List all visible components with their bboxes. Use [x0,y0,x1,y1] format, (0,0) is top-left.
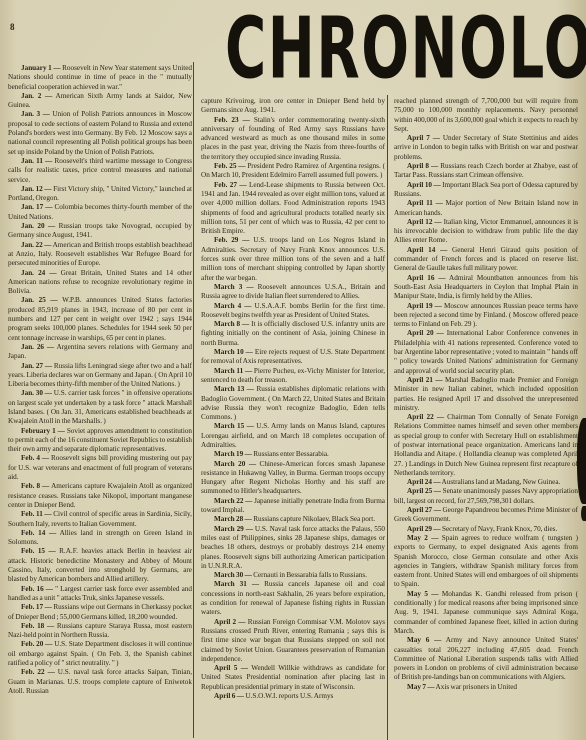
chronology-entry: March 4 — U.S.A.A.F. bombs Berlin for th… [201,302,385,321]
entry-text: Secretary of Navy, Frank Knox, 70, dies. [442,525,557,533]
chronology-title-text: CHRONOLOG [225,7,586,91]
chronology-entry: Feb. 23 — Stalin's order commemorating t… [201,116,385,162]
entry-date: May 5 — [407,590,438,598]
column-divider-left [193,62,194,738]
column-right: reached planned strength of 7,700,000 bu… [394,97,578,739]
entry-text: Russians capture Nikolaev, Black Sea por… [253,515,375,523]
chronology-entry: Feb. 29 — U.S. troops land on Los Negros… [201,236,385,282]
chronology-entry: Feb. 18 — Russians capture Staraya Russa… [8,622,192,641]
chronology-entry: April 7 — Under Secretary of State Stett… [394,134,578,162]
chronology-entry: March 8 — It is officially disclosed U.S… [201,320,385,348]
entry-date: Feb. 16 — [21,585,53,593]
chronology-title-banner: CHRONOLOG [223,0,586,96]
entry-date: Jan. 17 — [21,203,52,211]
entry-date: March 28 — [214,515,252,523]
chronology-entry: Jan. 20 — Russian troops take Novograd, … [8,222,192,241]
entry-date: March 29 — [214,525,253,533]
entry-text: Chairman Tom Connally of Senate Foreign … [394,413,578,477]
entry-date: Jan. 30 — [21,389,52,397]
continued-paragraph: capture Krivoirog, iron ore center in Dn… [201,97,385,116]
chronology-entry: March 29 — U.S. Naval task force attacks… [201,525,385,571]
entry-date: Feb. 25 — [214,162,245,170]
entry-date: Jan. 22 — [21,241,51,249]
entry-date: April 5 — [214,664,248,672]
chronology-entry: May 6 — Army and Navy announce United St… [394,636,578,682]
chronology-entry: Jan. 12 — First Victory ship, " United V… [8,185,192,204]
entry-date: April 10 — [407,181,441,189]
continued-paragraph: reached planned strength of 7,700,000 bu… [394,97,578,134]
chronology-entry: March 3 — Roosevelt announces U.S.A., Br… [201,283,385,302]
chronology-entry: April 29 — Secretary of Navy, Frank Knox… [394,525,578,534]
entry-date: April 25 — [407,487,441,495]
chronology-entry: Jan. 22 — American and British troops es… [8,241,192,269]
chronology-entry: March 15 — U.S. Army lands on Manus Isla… [201,422,385,450]
chronology-entry: Jan. 26 — Argentina severs relations wit… [8,343,192,362]
entry-date: April 27 — [407,506,441,514]
entry-date: Feb. 29 — [214,236,249,244]
chronology-entry: March 31 — Russia cancels Japanese oil a… [201,580,385,617]
entry-date: Feb. 23 — [214,116,250,124]
chronology-entry: April 25 — Senate unanimously passes Nav… [394,487,578,506]
entry-text: Axis war prisoners in United [436,683,517,691]
entry-date: Feb. 14 — [21,529,56,537]
entry-date: April 6 — [214,692,244,700]
chronology-entry: Feb. 14 — Allies land in strength on Gre… [8,529,192,548]
entry-date: March 4 — [214,302,251,310]
chronology-entry: May 7 — Axis war prisoners in United [394,683,578,692]
entry-date: Feb. 4 — [21,454,49,462]
entry-date: May 2 — [407,534,438,542]
entry-date: March 31 — [214,580,259,588]
chronology-entry: Feb. 27 — Lend-Lease shipments to Russia… [201,181,385,237]
chronology-entry: April 16 — Admiral Mountbatten announces… [394,274,578,302]
column-left-entries: January 1 — Roosevelt in New Year statem… [8,64,192,696]
entry-date: April 12 — [407,218,442,226]
chronology-entry: Feb. 20 — U.S. State Department disclose… [8,640,192,668]
chronology-entry: March 20 — Chinese-American forces smash… [201,460,385,497]
entry-date: April 21 — [407,376,443,384]
chronology-entry: Jan. 2 — American Sixth Army lands at Sa… [8,92,192,111]
entry-date: Jan. 24 — [21,269,57,277]
chronology-entry: April 19 — Moscow announces Russian peac… [394,302,578,330]
entry-text: Australians land at Madang, New Guinea. [442,478,561,486]
entry-date: May 6 — [407,636,441,644]
chronology-entry: April 22 — Chairman Tom Connally of Sena… [394,413,578,478]
ink-smudge-decoration [577,418,586,504]
chronology-entry: May 5 — Mohandas K. Gandhi released from… [394,590,578,636]
chronology-entry: Feb. 22 — U.S. naval task force attacks … [8,668,192,696]
entry-date: March 22 — [214,497,252,505]
chronology-entry: May 2 — Spain agrees to reduce wolfram (… [394,534,578,590]
entry-date: March 30 — [214,571,252,579]
chronology-entry: March 10 — Eire rejects request of U.S. … [201,348,385,367]
entry-date: Jan. 20 — [21,222,55,230]
entry-text: Spain agrees to reduce wolfram ( tungste… [394,534,578,588]
entry-date: Jan. 3 — [21,110,50,118]
entry-date: February 1 — [21,427,65,435]
entry-date: April 14 — [407,246,447,254]
entry-date: April 20 — [407,329,444,337]
chronology-entry: April 20 — International Labor Conferenc… [394,329,578,375]
entry-date: Jan. 12 — [21,185,52,193]
entry-text: U.S.O.W.I. reports U.S. Armys [245,692,333,700]
entry-date: April 24 — [407,478,441,486]
entry-date: April 8 — [407,162,438,170]
chronology-entry: March 30 — Cernauti in Bessarabia falls … [201,571,385,580]
ink-smudge-decoration [581,506,586,521]
chronology-entry: April 5 — Wendell Willkie withdraws as c… [201,664,385,692]
entry-date: April 16 — [407,274,446,282]
entry-date: April 29 — [407,525,441,533]
chronology-entry: Jan. 24 — Great Britain, United States a… [8,269,192,297]
column-divider-right [387,95,388,740]
entry-date: Feb. 18 — [21,622,54,630]
chronology-entry: March 28 — Russians capture Nikolaev, Bl… [201,515,385,524]
entry-text: Russians enter Bessarabia. [253,450,329,458]
entry-date: Feb. 20 — [21,640,52,648]
column-right-entries: April 7 — Under Secretary of State Stett… [394,134,578,692]
column-left: January 1 — Roosevelt in New Year statem… [8,64,192,738]
entry-date: Jan. 25 — [21,296,58,304]
entry-date: March 11 — [214,367,252,375]
chronology-entry: February 1 — Soviet approves amendment t… [8,427,192,455]
entry-date: Jan. 26 — [21,343,54,351]
chronology-entry: April 10 — Important Black Sea port of O… [394,181,578,200]
column-middle-entries: Feb. 23 — Stalin's order commemorating t… [201,116,385,702]
chronology-entry: Feb. 15 — R.A.F. heavies attack Berlin i… [8,547,192,584]
chronology-entry: Feb. 25 — President Pedro Ramirez of Arg… [201,162,385,181]
chronology-entry: April 11 — Major portion of New Britain … [394,199,578,218]
entry-date: March 19 — [214,450,252,458]
chronology-entry: March 19 — Russians enter Bessarabia. [201,450,385,459]
chronology-entry: April 21 — Marshal Badoglio made Premier… [394,376,578,413]
entry-date: January 1 — [21,64,61,72]
entry-date: March 20 — [214,460,256,468]
chronology-entry: Jan. 17 — Colombia becomes thirty-fourth… [8,203,192,222]
chronology-entry: April 27 — George Papandreou becomes Pri… [394,506,578,525]
chronology-entry: Jan. 30 — U.S. carrier task forces " in … [8,389,192,426]
entry-text: Cernauti in Bessarabia falls to Russians… [253,571,367,579]
entry-date: Feb. 15 — [21,547,56,555]
chronology-entry: April 12 — Italian king, Victor Emmanuel… [394,218,578,246]
chronology-entry: Feb. 17 — Russians wipe out Germans in C… [8,603,192,622]
entry-date: March 3 — [214,283,254,291]
chronology-entry: April 24 — Australians land at Madang, N… [394,478,578,487]
entry-date: April 22 — [407,413,444,421]
chronology-entry: March 13 — Russia establishes diplomatic… [201,385,385,422]
chronology-entry: March 22 — Japanese initially penetrate … [201,497,385,516]
chronology-entry: March 11 — Pierre Pucheu, ex-Vichy Minis… [201,367,385,386]
chronology-entry: Jan. 3 — Union of Polish Patriots announ… [8,110,192,156]
entry-date: Jan. 2 — [21,92,52,100]
entry-date: April 19 — [407,302,442,310]
chronology-entry: January 1 — Roosevelt in New Year statem… [8,64,192,92]
column-middle: capture Krivoirog, iron ore center in Dn… [201,97,385,739]
entry-date: March 8 — [214,320,249,328]
chronology-entry: Jan. 25 — W.P.B. announces United States… [8,296,192,342]
chronology-entry: Feb. 11 — Civil control of specific area… [8,510,192,529]
entry-date: May 7 — [407,683,435,691]
chronology-entry: April 6 — U.S.O.W.I. reports U.S. Armys [201,692,385,701]
entry-date: March 15 — [214,422,254,430]
chronology-entry: April 8 — Russians reach Czech border at… [394,162,578,181]
entry-date: Jan. 27 — [21,362,52,370]
page-number: 8 [10,22,15,32]
chronology-entry: Feb. 16 — " Largest carrier task force e… [8,585,192,604]
chronology-entry: Jan. 11 — Roosevelt's third wartime mess… [8,157,192,185]
entry-date: Jan. 11 — [21,157,52,165]
entry-date: April 2 — [214,618,246,626]
entry-date: April 11 — [407,199,443,207]
entry-date: March 10 — [214,348,253,356]
entry-date: Feb. 22 — [21,668,55,676]
entry-date: Feb. 27 — [214,181,247,189]
chronology-entry: Feb. 8 — Americans capture Kwajalein Ato… [8,482,192,510]
entry-date: Feb. 11 — [21,510,52,518]
magazine-page: 8 CHRONOLOG January 1 — Roosevelt in New… [0,0,586,740]
chronology-entry: April 2 — Russian Foreign Commisar V.M. … [201,618,385,664]
entry-date: March 13 — [214,385,254,393]
entry-date: Feb. 8 — [21,482,49,490]
chronology-entry: Jan. 27 — Russia lifts Leningrad siege a… [8,362,192,390]
entry-date: Feb. 17 — [21,603,52,611]
chronology-entry: Feb. 4 — Roosevelt signs bill providing … [8,454,192,482]
entry-date: April 7 — [407,134,440,142]
chronology-entry: April 14 — General Henri Giraud quits po… [394,246,578,274]
